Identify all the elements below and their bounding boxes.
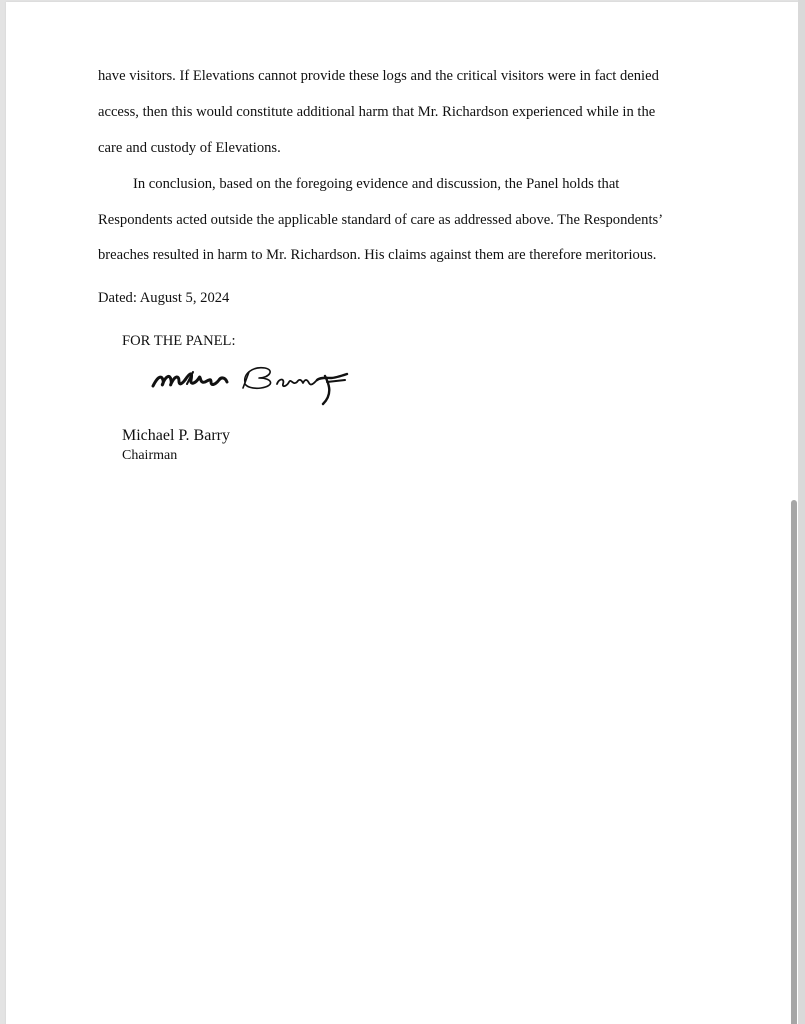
signer-name: Michael P. Barry (122, 427, 230, 445)
paragraph-2-line-1: In conclusion, based on the foregoing ev… (133, 176, 619, 193)
paragraph-1-line-1: have visitors. If Elevations cannot prov… (98, 68, 659, 85)
for-the-panel-label: FOR THE PANEL: (122, 333, 236, 350)
scrollbar-track[interactable] (798, 0, 805, 1024)
document-page: have visitors. If Elevations cannot prov… (6, 2, 799, 1024)
dated-line: Dated: August 5, 2024 (98, 290, 229, 307)
paragraph-1-line-3: care and custody of Elevations. (98, 140, 281, 157)
signer-title: Chairman (122, 448, 177, 464)
scrollbar-thumb[interactable] (791, 500, 797, 1024)
pdf-viewer: have visitors. If Elevations cannot prov… (0, 0, 805, 1024)
paragraph-2-line-2: Respondents acted outside the applicable… (98, 212, 663, 229)
signature-image (149, 360, 359, 410)
paragraph-2-line-3: breaches resulted in harm to Mr. Richard… (98, 247, 656, 264)
paragraph-1-line-2: access, then this would constitute addit… (98, 104, 655, 121)
